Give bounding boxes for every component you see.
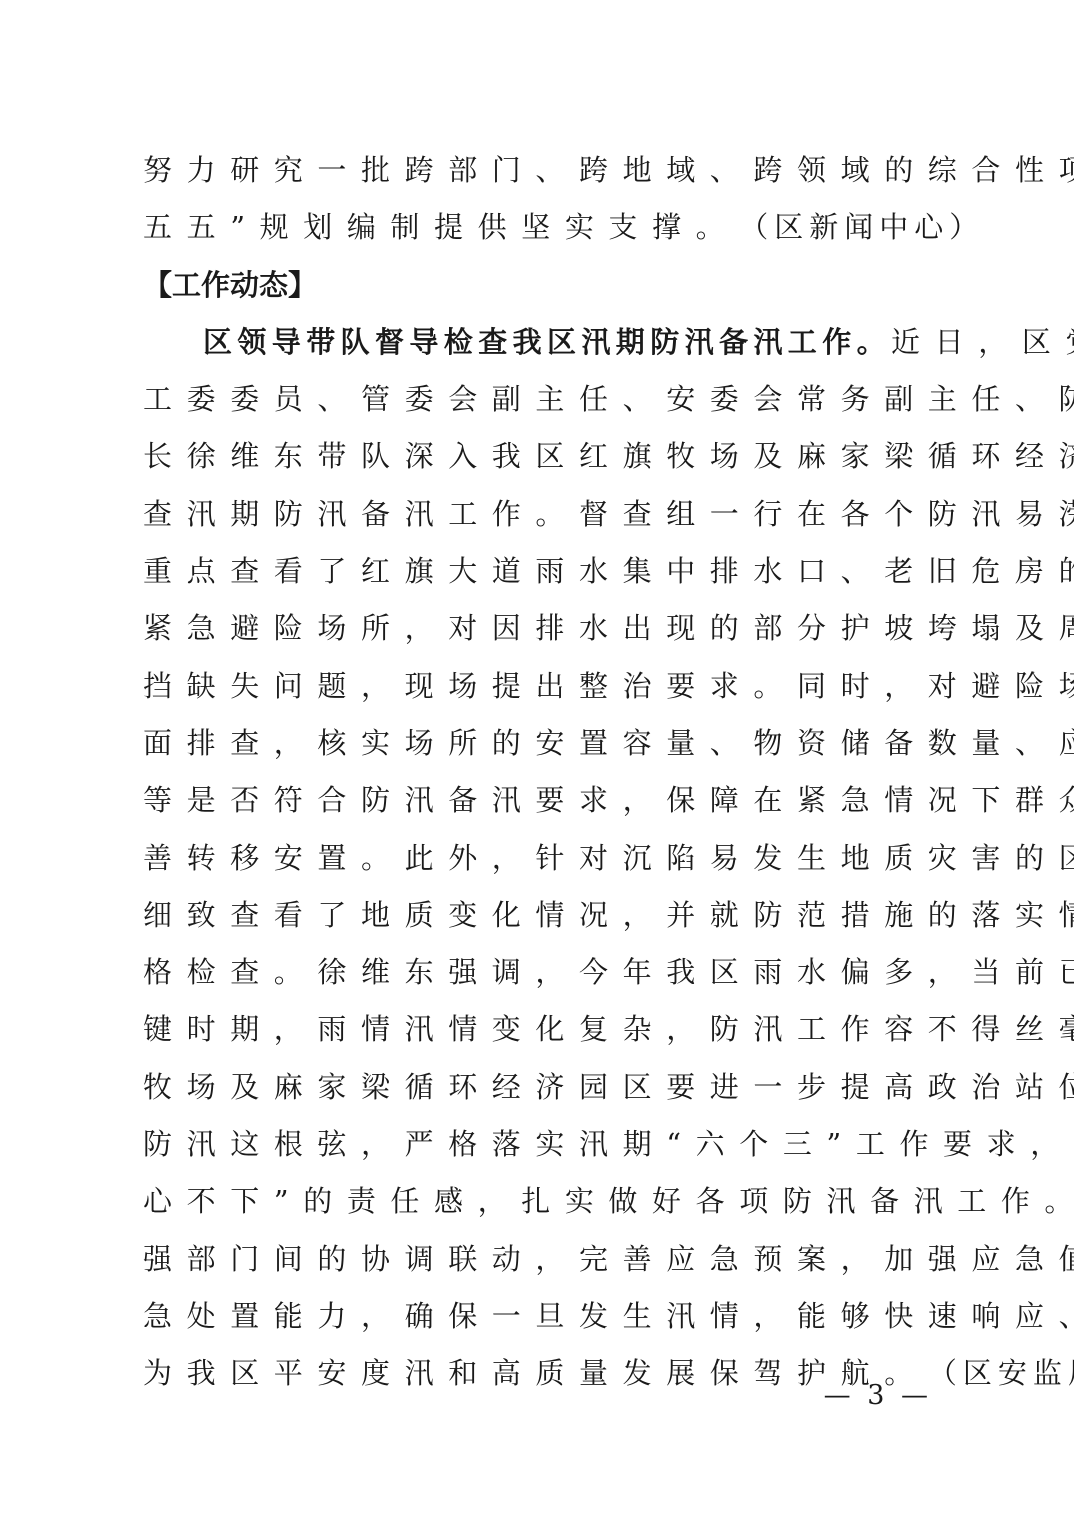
page-number: — 3 — <box>824 1380 932 1411</box>
article-line: 紧急避险场所，对因排水出现的部分护坡垮塌及周边警示、围 <box>143 600 933 657</box>
article-line: 键时期，雨情汛情变化复杂，防汛工作容不得丝毫懈怠。红旗 <box>143 1001 933 1058</box>
article-line: 急处置能力，确保一旦发生汛情，能够快速响应、高效处置， <box>143 1288 933 1345</box>
article-line: 牧场及麻家梁循环经济园区要进一步提高政治站位，时刻绷紧 <box>143 1059 933 1116</box>
article-line: 长徐维东带队深入我区红旗牧场及麻家梁循环经济园区督导检 <box>143 428 933 485</box>
article-title: 区领导带队督导检查我区汛期防汛备汛工作。 <box>203 314 891 371</box>
article-line: 细致查看了地质变化情况，并就防范措施的落实情况进行了严 <box>143 887 933 944</box>
article-line: 挡缺失问题，现场提出整治要求。同时，对避险场所进行了全 <box>143 658 933 715</box>
article-line: 防汛这根弦，严格落实汛期“六个三”工作要求，以“时时放 <box>143 1116 933 1173</box>
article-line: 心不下”的责任感，扎实做好各项防汛备汛工作。同时，要加 <box>143 1173 933 1230</box>
article-source: （区安监局） <box>928 1345 1074 1402</box>
article-line: 工委委员、管委会副主任、安委会常务副主任、防汛抗旱指挥 <box>143 371 933 428</box>
prev-article-source: （区新闻中心） <box>739 199 984 256</box>
article-line: 强部门间的协调联动，完善应急预案，加强应急值守，提升应 <box>143 1231 933 1288</box>
article-line: 格检查。徐维东强调，今年我区雨水偏多，当前已进入防汛关 <box>143 944 933 1001</box>
prev-article-line: 努力研究一批跨部门、跨地域、跨领域的综合性项目，为“十 <box>143 142 933 199</box>
section-heading: 【工作动态】 <box>143 257 933 314</box>
article-line: 查汛期防汛备汛工作。督查组一行在各个防汛易涝关键区域， <box>143 486 933 543</box>
article-line: 重点查看了红旗大道雨水集中排水口、老旧危房的安全状况及 <box>143 543 933 600</box>
article-line: 善转移安置。此外，针对沉陷易发生地质灾害的区域，督查组 <box>143 830 933 887</box>
article-line: 等是否符合防汛备汛要求，保障在紧急情况下群众能够得到妥 <box>143 772 933 829</box>
document-page: 努力研究一批跨部门、跨地域、跨领域的综合性项目，为“十 五五”规划编制提供坚实支… <box>143 142 933 1403</box>
article-last-line: 为我区平安度汛和高质量发展保驾护航。 （区安监局） <box>143 1345 933 1402</box>
article-first-line: 区领导带队督导检查我区汛期防汛备汛工作。 近日，区党 <box>143 314 933 371</box>
prev-article-last-line: 五五”规划编制提供坚实支撑。 （区新闻中心） <box>143 199 933 256</box>
article-line: 面排查，核实场所的安置容量、物资储备数量、应急设施运行 <box>143 715 933 772</box>
